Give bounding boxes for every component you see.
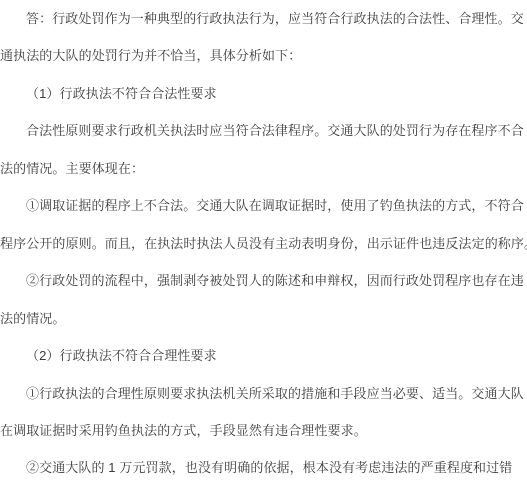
text-line: 通执法的大队的处罚行为并不恰当，具体分析如下：	[0, 37, 527, 74]
text-line: 答：行政处罚作为一种典型的行政执法行为，应当符合行政执法的合法性、合理性。交	[0, 0, 527, 37]
paragraph: ②交通大队的 1 万元罚款，也没有明确的依据，根本没有考虑违法的严重程度和过错	[0, 449, 527, 486]
document-page: 答：行政处罚作为一种典型的行政执法行为，应当符合行政执法的合法性、合理性。交通执…	[0, 0, 527, 487]
paragraph: ②行政处罚的流程中，强制剥夺被处罚人的陈述和申辩权，因而行政处罚程序也存在违法的…	[0, 262, 527, 337]
text-line: ①调取证据的程序上不合法。交通大队在调取证据时，使用了钓鱼执法的方式，不符合	[0, 187, 527, 224]
paragraph: ①调取证据的程序上不合法。交通大队在调取证据时，使用了钓鱼执法的方式，不符合程序…	[0, 187, 527, 262]
text-line: （1）行政执法不符合合法性要求	[0, 75, 527, 112]
paragraph: 合法性原则要求行政机关执法时应当符合法律程序。交通大队的处罚行为存在程序不合法的…	[0, 112, 527, 187]
text-line: ②行政处罚的流程中，强制剥夺被处罚人的陈述和申辩权，因而行政处罚程序也存在违	[0, 262, 527, 299]
text-line: 合法性原则要求行政机关执法时应当符合法律程序。交通大队的处罚行为存在程序不合	[0, 112, 527, 149]
paragraph: （2）行政执法不符合合理性要求	[0, 337, 527, 374]
text-line: 在调取证据时采用钓鱼执法的方式，手段显然有违合理性要求。	[0, 412, 527, 449]
paragraph: 答：行政处罚作为一种典型的行政执法行为，应当符合行政执法的合法性、合理性。交通执…	[0, 0, 527, 75]
text-line: 法的情况。	[0, 300, 527, 337]
text-line: ①行政执法的合理性原则要求执法机关所采取的措施和手段应当必要、适当。交通大队	[0, 375, 527, 412]
text-line: （2）行政执法不符合合理性要求	[0, 337, 527, 374]
document-body: 答：行政处罚作为一种典型的行政执法行为，应当符合行政执法的合法性、合理性。交通执…	[0, 0, 527, 487]
paragraph: （1）行政执法不符合合法性要求	[0, 75, 527, 112]
text-line: 法的情况。主要体现在：	[0, 150, 527, 187]
text-line: 程序公开的原则。而且，在执法时执法人员没有主动表明身份，出示证件也违反法定的称序…	[0, 225, 527, 262]
paragraph: ①行政执法的合理性原则要求执法机关所采取的措施和手段应当必要、适当。交通大队在调…	[0, 375, 527, 450]
text-line: ②交通大队的 1 万元罚款，也没有明确的依据，根本没有考虑违法的严重程度和过错	[0, 449, 527, 486]
